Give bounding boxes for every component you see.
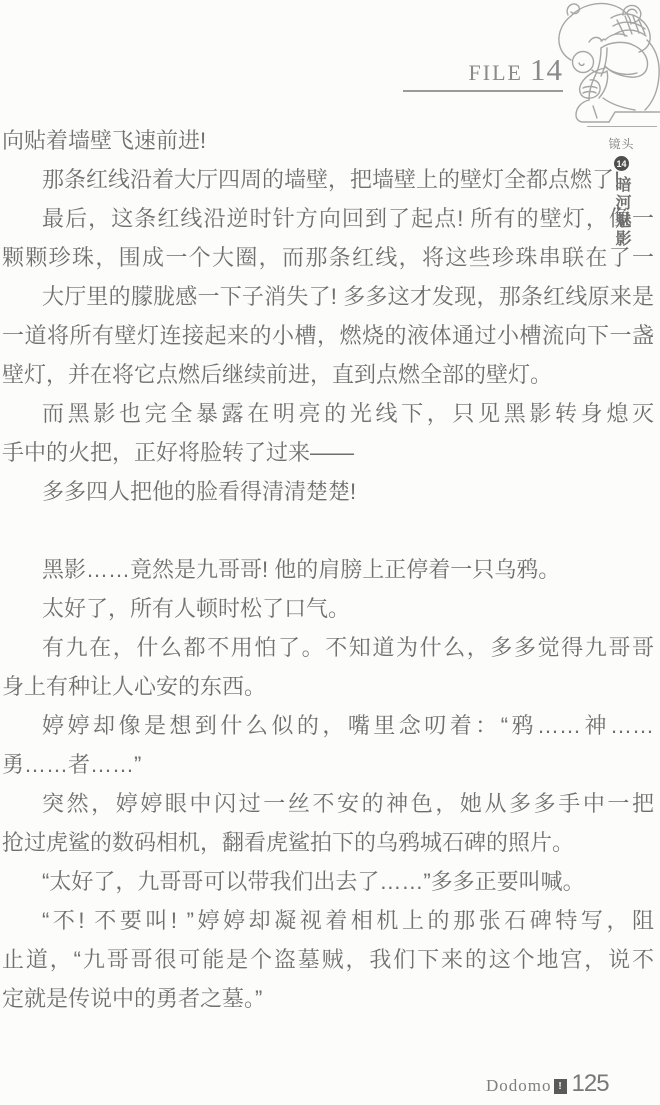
text-line: 颗颗珍珠，围成一个大圈，而那条红线，将这些珍珠串联在了一起。	[2, 238, 654, 277]
text-line: 向贴着墙壁飞速前进!	[2, 121, 654, 160]
file-label: FILE	[469, 60, 523, 86]
text-line: 手中的火把，正好将脸转了过来——	[2, 433, 654, 472]
text-line: 壁灯，并在将它点燃后继续前进，直到点燃全部的壁灯。	[2, 355, 654, 394]
text-line: 定就是传说中的勇者之墓。”	[2, 979, 654, 1018]
book-page: FILE 14 镜头 14 暗河魅影 向贴着墙壁飞速前进!那条红线沿着大厅四周的…	[0, 0, 660, 1105]
text-line	[2, 511, 654, 550]
brand-logo-icon: !	[554, 1079, 567, 1094]
chapter-file-header: FILE 14	[403, 52, 563, 92]
story-text: 向贴着墙壁飞速前进!那条红线沿着大厅四周的墙壁，把墙壁上的壁灯全都点燃了!最后，…	[2, 121, 654, 1018]
text-line: 太好了，所有人顿时松了口气。	[2, 589, 654, 628]
text-line: 大厅里的朦胧感一下子消失了! 多多这才发现，那条红线原来是	[2, 277, 654, 316]
text-line: 有九在，什么都不用怕了。不知道为什么，多多觉得九哥哥	[2, 628, 654, 667]
text-line: 那条红线沿着大厅四周的墙壁，把墙壁上的壁灯全都点燃了!	[2, 160, 654, 199]
text-line: 一道将所有壁灯连接起来的小槽，燃烧的液体通过小槽流向下一盏	[2, 316, 654, 355]
text-line: 多多四人把他的脸看得清清楚楚!	[2, 472, 654, 511]
brand-name: Dodomo	[486, 1076, 552, 1096]
page-number: 125	[572, 1070, 609, 1098]
text-line: 而黑影也完全暴露在明亮的光线下，只见黑影转身熄灭	[2, 394, 654, 433]
text-line: 最后，这条红线沿逆时针方向回到了起点! 所有的壁灯，像一	[2, 199, 654, 238]
text-line: 身上有种让人心安的东西。	[2, 667, 654, 706]
text-line: 黑影……竟然是九哥哥! 他的肩膀上正停着一只乌鸦。	[2, 550, 654, 589]
text-line: “太好了，九哥哥可以带我们出去了……”多多正要叫喊。	[2, 862, 654, 901]
text-line: 抢过虎鲨的数码相机，翻看虎鲨拍下的乌鸦城石碑的照片。	[2, 823, 654, 862]
text-line: 勇……者……”	[2, 745, 654, 784]
text-line: 止道，“九哥哥很可能是个盗墓贼，我们下来的这个地宫，说不	[2, 940, 654, 979]
text-line: 突然，婷婷眼中闪过一丝不安的神色，她从多多手中一把	[2, 784, 654, 823]
text-line: 婷婷却像是想到什么似的，嘴里念叨着：“鸦……神……	[2, 706, 654, 745]
file-number: 14	[530, 52, 563, 88]
text-line: “不! 不要叫! ”婷婷却凝视着相机上的那张石碑特写，阻	[2, 901, 654, 940]
page-footer: Dodomo ! 125	[486, 1070, 609, 1098]
